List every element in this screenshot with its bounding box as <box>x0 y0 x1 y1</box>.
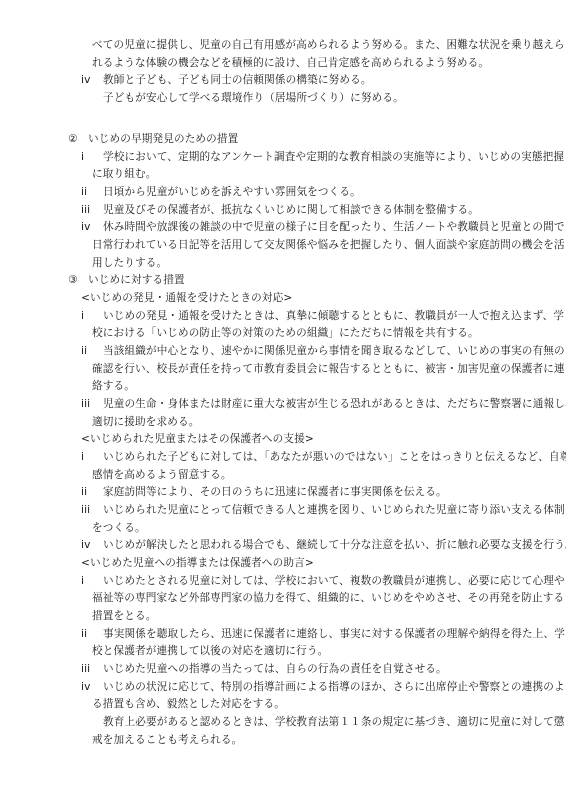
line-text: 児童及びその保護者が、抵抗なくいじめに関して相談できる体制を整備する。 <box>103 204 479 216</box>
line-text: 絡する。 <box>92 380 135 392</box>
list-marker: iv <box>81 220 103 234</box>
list-item-line: iいじめたとされる児童に対しては、学校において、複数の教職員が連携し、必要に応じ… <box>81 574 565 588</box>
list-marker: ② <box>68 132 88 146</box>
list-item-line: ii日頃から児童がいじめを訴えやすい雰囲気をつくる。 <box>81 185 361 199</box>
text-line: 教育上必要があると認めるときは、学校教育法第１１条の規定に基づき、適切に児童に対… <box>103 715 565 729</box>
list-item-line: ii家庭訪問等により、その日のうちに迅速に保護者に事実関係を伝える。 <box>81 485 447 499</box>
text-line: 戒を加えることも考えられる。 <box>92 733 242 747</box>
line-text: 感情を高めるよう留意する。 <box>92 469 232 481</box>
list-marker: i <box>81 150 103 164</box>
list-item-line: ivいじめが解決したと思われる場合でも、継続して十分な注意を払い、折に触れ必要な… <box>81 538 566 552</box>
list-marker: i <box>81 309 103 323</box>
line-text: 校における「いじめの防止等の対策のための組織」にただちに情報を共有する。 <box>92 327 479 339</box>
line-text: 休み時間や放課後の雑談の中で児童の様子に目を配ったり、生活ノートや教職員と児童と… <box>103 221 565 233</box>
line-text: 戒を加えることも考えられる。 <box>92 734 242 746</box>
text-line: る措置も含め、毅然とした対応をする。 <box>92 697 285 711</box>
line-text: いじめられた児童にとって信頼できる人と連携を図り、いじめられた児童に寄り添い支え… <box>103 504 565 516</box>
list-item-line: iいじめられた子どもに対しては、「あなたが悪いのではない」ことをはっきりと伝える… <box>81 450 566 464</box>
list-item-line: ii当該組織が中心となり、速やかに関係児童から事情を聞き取るなどして、いじめの事… <box>81 344 565 358</box>
line-text: 学校において、定期的なアンケート調査や定期的な教育相談の実施等により、いじめの実… <box>103 151 564 163</box>
text-line: 日常行われている日記等を活用して交友関係や悩みを把握したり、個人面談や家庭訪問の… <box>92 238 565 252</box>
list-marker: i <box>81 574 103 588</box>
line-text: 福祉等の専門家など外部専門家の協力を得て、組織的に、いじめをやめさせ、その再発を… <box>92 592 564 604</box>
document-page: べての児童に提供し、児童の自己有用感が高められるよう努める。また、困難な状況を乗… <box>0 0 566 800</box>
line-text: 教育上必要があると認めるときは、学校教育法第１１条の規定に基づき、適切に児童に対… <box>103 716 565 728</box>
line-text: いじめたとされる児童に対しては、学校において、複数の教職員が連携し、必要に応じて… <box>103 575 565 587</box>
list-item-line: iv教師と子ども、子ども同士の信頼関係の構築に努める。 <box>81 73 372 87</box>
line-text: <いじめられた児童またはその保護者への支援> <box>81 433 314 445</box>
line-text: に取り組む。 <box>92 168 156 180</box>
text-line: 感情を高めるよう留意する。 <box>92 468 232 482</box>
section-heading: ②いじめの早期発見のための措置 <box>68 132 238 146</box>
list-marker: i <box>81 450 103 464</box>
line-text: 日頃から児童がいじめを訴えやすい雰囲気をつくる。 <box>103 186 361 198</box>
list-marker: iii <box>81 503 103 517</box>
list-item-line: iv休み時間や放課後の雑談の中で児童の様子に目を配ったり、生活ノートや教職員と児… <box>81 220 565 234</box>
line-text: 適切に援助を求める。 <box>92 416 199 428</box>
text-line: 確認を行い、校長が責任を持って市教育委員会に報告するとともに、被害・加害児童の保… <box>92 362 565 376</box>
text-line: に取り組む。 <box>92 167 156 181</box>
line-text: べての児童に提供し、児童の自己有用感が高められるよう努める。また、困難な状況を乗… <box>92 39 565 51</box>
list-marker: iv <box>81 680 103 694</box>
text-line: 校における「いじめの防止等の対策のための組織」にただちに情報を共有する。 <box>92 326 479 340</box>
line-text: をつくる。 <box>92 522 146 534</box>
list-marker: ii <box>81 627 103 641</box>
line-text: 措置をとる。 <box>92 610 156 622</box>
text-line: れるような体験の機会などを積極的に設け、自己肯定感を高められるよう努める。 <box>92 56 489 70</box>
list-item-line: iiiいじめた児童への指導の当たっては、自らの行為の責任を自覚させる。 <box>81 662 447 676</box>
list-item-line: iいじめの発見・通報を受けたときは、真摯に傾聴するとともに、教職員が一人で抱え込… <box>81 309 564 323</box>
text-line: をつくる。 <box>92 521 146 535</box>
list-item-line: ivいじめの状況に応じて、特別の指導計画による指導のほか、さらに出席停止や警察と… <box>81 680 565 694</box>
text-line: <いじめた児童への指導または保護者への助言> <box>81 556 314 570</box>
list-marker: ii <box>81 185 103 199</box>
list-marker: ii <box>81 485 103 499</box>
line-text: いじめの発見・通報を受けたときは、真摯に傾聴するとともに、教職員が一人で抱え込ま… <box>103 310 564 322</box>
list-item-line: iii児童及びその保護者が、抵抗なくいじめに関して相談できる体制を整備する。 <box>81 203 479 217</box>
line-text: 校と保護者が連携して以後の対応を適切に行う。 <box>92 645 328 657</box>
line-text: 子どもが安心して学べる環境作り（居場所づくり）に努める。 <box>103 92 404 104</box>
list-marker: iii <box>81 662 103 676</box>
list-item-line: iiiいじめられた児童にとって信頼できる人と連携を図り、いじめられた児童に寄り添… <box>81 503 565 517</box>
list-marker: iii <box>81 203 103 217</box>
line-text: 家庭訪問等により、その日のうちに迅速に保護者に事実関係を伝える。 <box>103 486 447 498</box>
text-line: <いじめられた児童またはその保護者への支援> <box>81 432 314 446</box>
line-text: いじめが解決したと思われる場合でも、継続して十分な注意を払い、折に触れ必要な支援… <box>103 539 566 551</box>
line-text: る措置も含め、毅然とした対応をする。 <box>92 698 285 710</box>
line-text: いじめの早期発見のための措置 <box>88 133 238 145</box>
line-text: <いじめた児童への指導または保護者への助言> <box>81 557 314 569</box>
line-text: 当該組織が中心となり、速やかに関係児童から事情を聞き取るなどして、いじめの事実の… <box>103 345 565 357</box>
text-line: 適切に援助を求める。 <box>92 415 199 429</box>
section-heading: ③いじめに対する措置 <box>68 273 185 287</box>
line-text: 児童の生命・身体または財産に重大な被害が生じる恐れがあるときは、ただちに警察署に… <box>103 398 566 410</box>
text-line: <いじめの発見・通報を受けたときの対応> <box>81 291 292 305</box>
line-text: 事実関係を聴取したら、迅速に保護者に連絡し、事実に対する保護者の理解や納得を得た… <box>103 628 565 640</box>
list-marker: iv <box>81 73 103 87</box>
text-line: 子どもが安心して学べる環境作り（居場所づくり）に努める。 <box>103 91 404 105</box>
line-text: いじめに対する措置 <box>88 274 185 286</box>
line-text: いじめられた子どもに対しては、「あなたが悪いのではない」ことをはっきりと伝えるな… <box>103 451 566 463</box>
line-text: <いじめの発見・通報を受けたときの対応> <box>81 292 292 304</box>
text-line: 絡する。 <box>92 379 135 393</box>
line-text: いじめの状況に応じて、特別の指導計画による指導のほか、さらに出席停止や警察との連… <box>103 681 565 693</box>
list-marker: iii <box>81 397 103 411</box>
list-item-line: i学校において、定期的なアンケート調査や定期的な教育相談の実施等により、いじめの… <box>81 150 564 164</box>
text-line: べての児童に提供し、児童の自己有用感が高められるよう努める。また、困難な状況を乗… <box>92 38 565 52</box>
list-marker: ii <box>81 344 103 358</box>
list-item-line: ii事実関係を聴取したら、迅速に保護者に連絡し、事実に対する保護者の理解や納得を… <box>81 627 565 641</box>
text-line: 校と保護者が連携して以後の対応を適切に行う。 <box>92 644 328 658</box>
line-text: 用したりする。 <box>92 257 167 269</box>
line-text: いじめた児童への指導の当たっては、自らの行為の責任を自覚させる。 <box>103 663 447 675</box>
line-text: 確認を行い、校長が責任を持って市教育委員会に報告するとともに、被害・加害児童の保… <box>92 363 565 375</box>
line-text: 日常行われている日記等を活用して交友関係や悩みを把握したり、個人面談や家庭訪問の… <box>92 239 565 251</box>
text-line: 福祉等の専門家など外部専門家の協力を得て、組織的に、いじめをやめさせ、その再発を… <box>92 591 564 605</box>
list-marker: iv <box>81 538 103 552</box>
list-item-line: iii児童の生命・身体または財産に重大な被害が生じる恐れがあるときは、ただちに警… <box>81 397 566 411</box>
line-text: れるような体験の機会などを積極的に設け、自己肯定感を高められるよう努める。 <box>92 57 489 69</box>
text-line: 措置をとる。 <box>92 609 156 623</box>
list-marker: ③ <box>68 273 88 287</box>
line-text: 教師と子ども、子ども同士の信頼関係の構築に努める。 <box>103 74 372 86</box>
text-line: 用したりする。 <box>92 256 167 270</box>
